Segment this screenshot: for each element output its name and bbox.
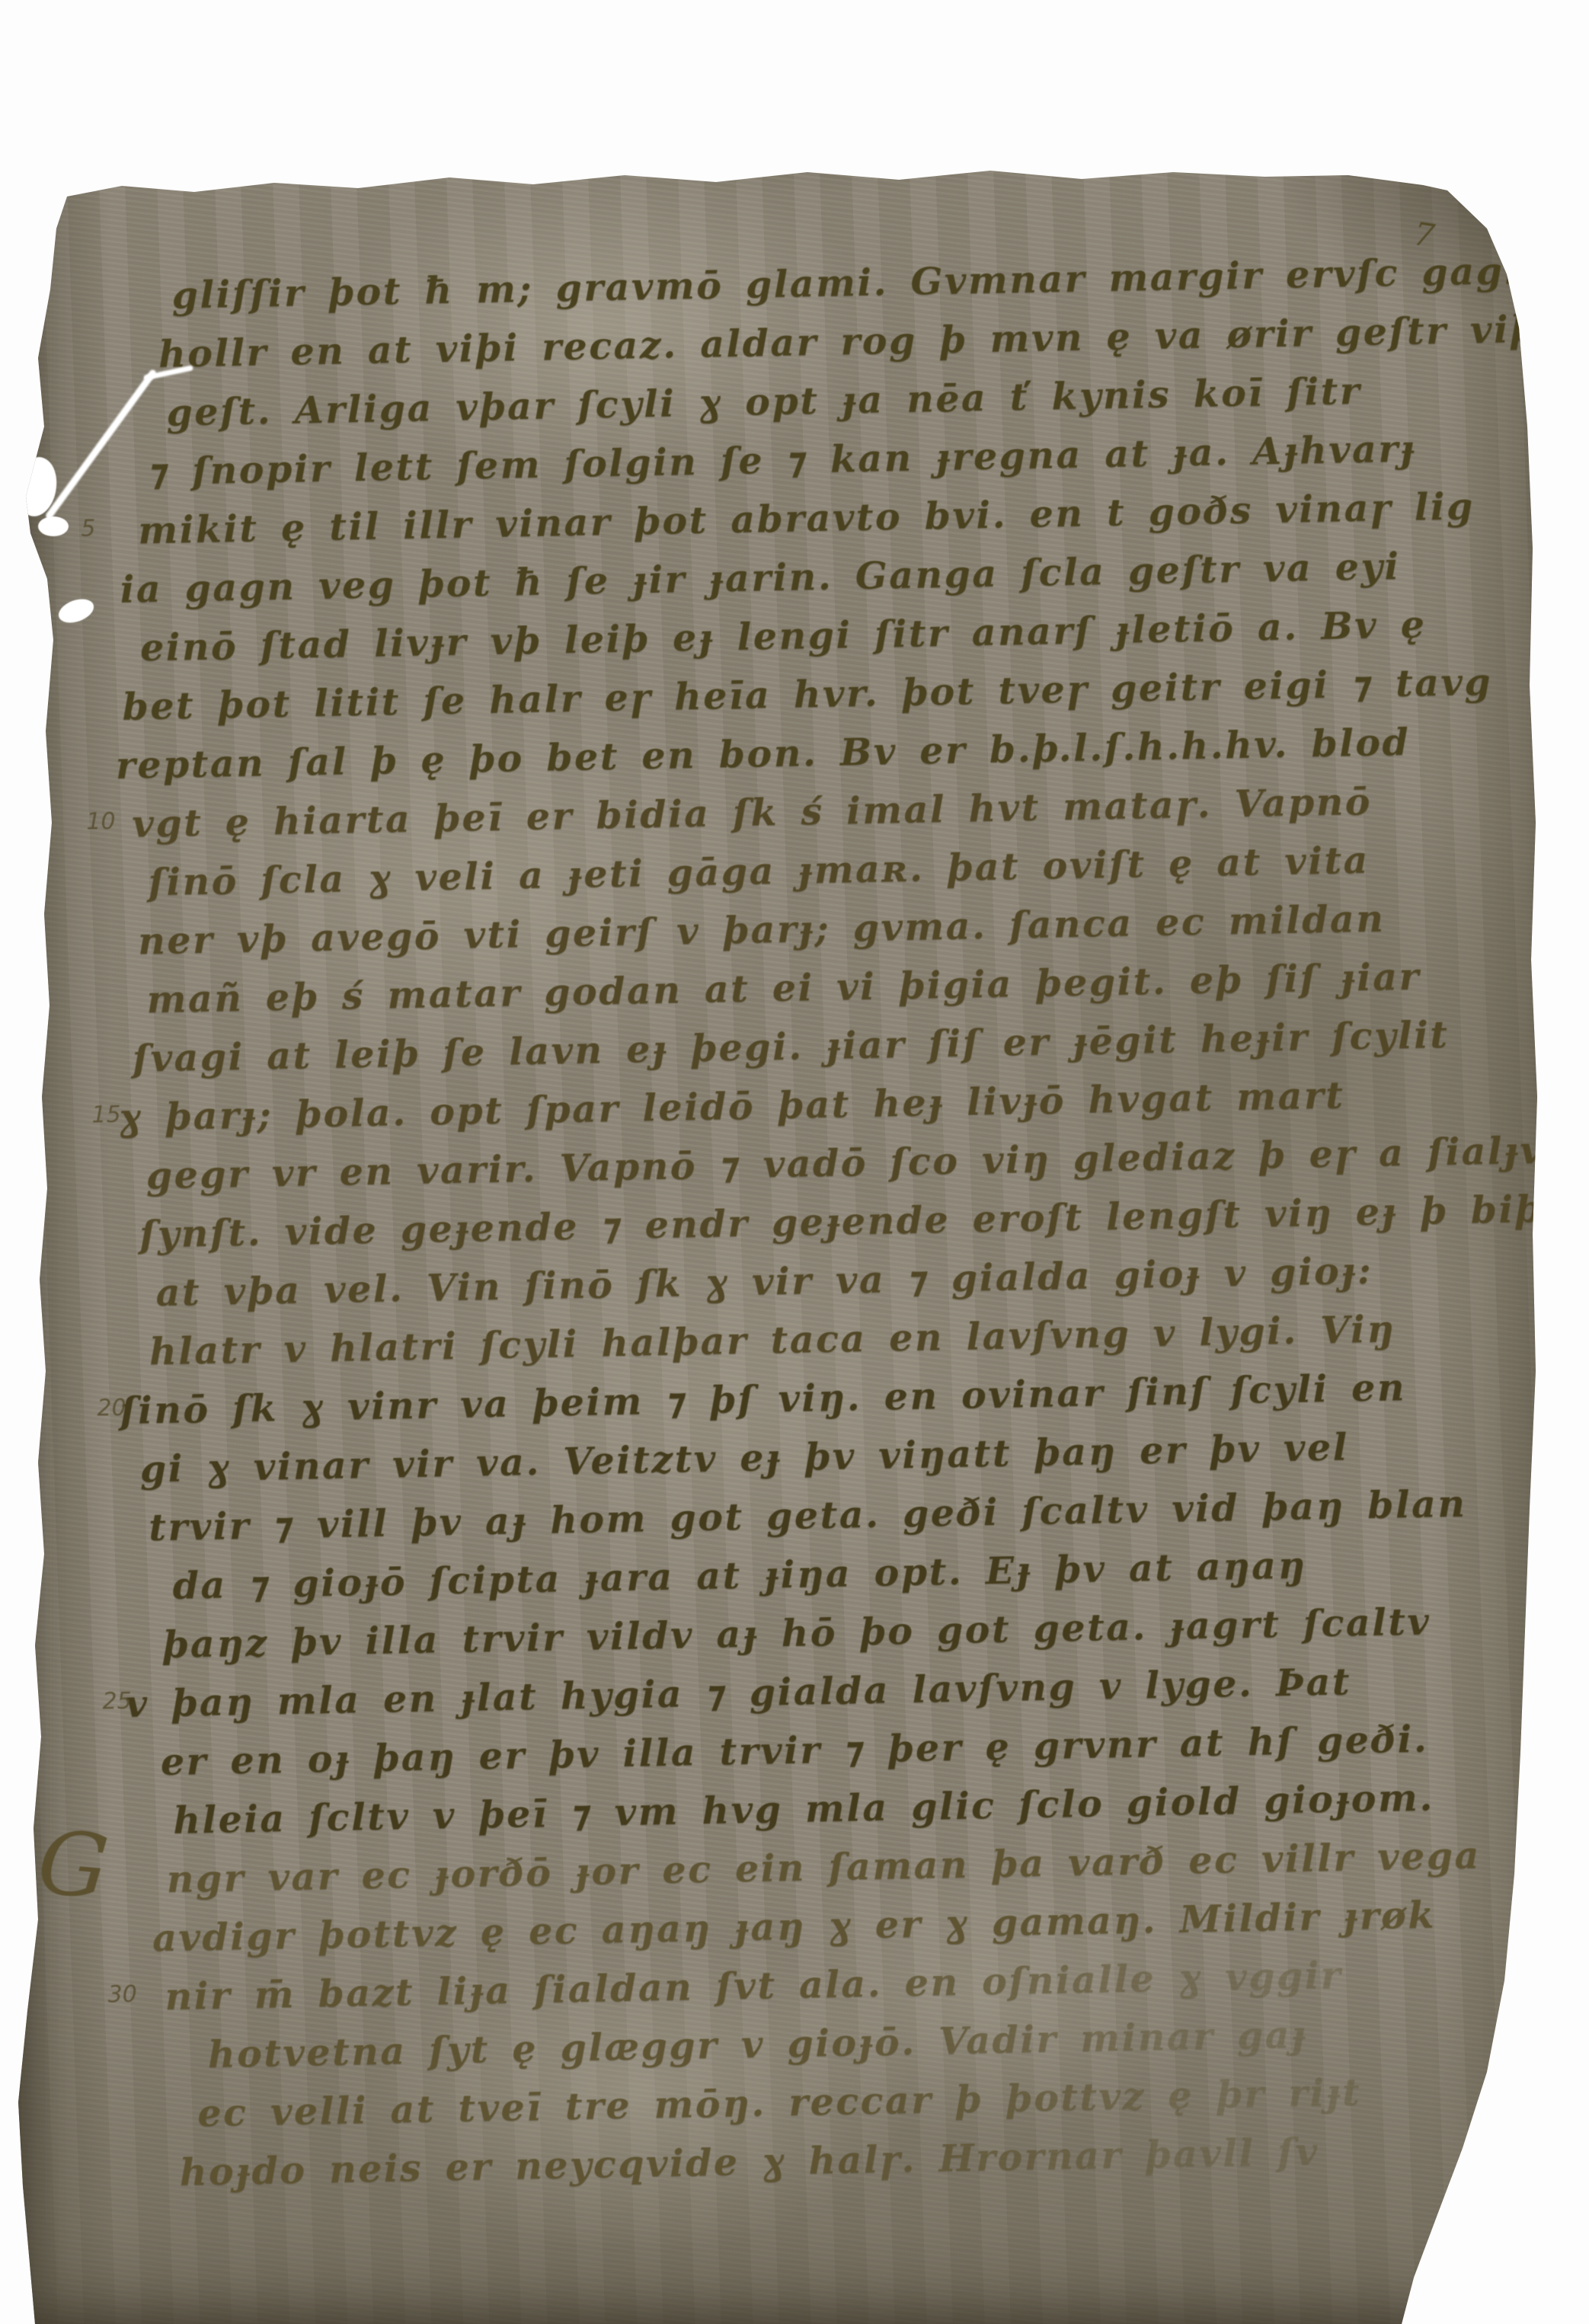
line-number <box>69 384 160 444</box>
line-number <box>95 1792 186 1852</box>
line-number <box>90 1498 181 1558</box>
text-block: gliſſir þot ħ m; gravmō glami. Gvmnar ma… <box>67 241 1549 2203</box>
line-number <box>91 1557 181 1617</box>
line-number: 15 <box>82 1088 173 1148</box>
line-number: 10 <box>77 794 168 855</box>
line-number <box>75 736 166 796</box>
line-number <box>73 619 164 679</box>
line-number <box>79 912 170 972</box>
damage-spot <box>18 1657 30 1665</box>
line-number <box>67 267 158 327</box>
line-number: 25 <box>93 1674 184 1734</box>
line-number <box>85 1264 176 1324</box>
line-number: 20 <box>88 1381 178 1441</box>
edge-tear <box>38 516 69 536</box>
damage-spot <box>24 1418 38 1427</box>
line-number <box>101 2084 191 2144</box>
line-number <box>86 1322 177 1383</box>
line-number <box>85 1205 175 1265</box>
photo-background: 7 G gliſſir þot ħ m; gravmō glami. Gvmna… <box>0 0 1589 2324</box>
line-number <box>83 1146 174 1207</box>
line-number <box>75 677 165 737</box>
line-number <box>78 853 168 913</box>
line-number <box>99 2025 190 2086</box>
line-number <box>88 1440 179 1500</box>
line-number <box>91 1616 182 1676</box>
damage-spot <box>20 1213 35 1223</box>
line-number <box>81 1029 171 1089</box>
parchment-page: 7 G gliſſir þot ħ m; gravmō glami. Gvmna… <box>0 0 1589 2324</box>
line-number: 5 <box>72 501 162 561</box>
line-number <box>80 970 171 1031</box>
line-number <box>94 1733 184 1793</box>
